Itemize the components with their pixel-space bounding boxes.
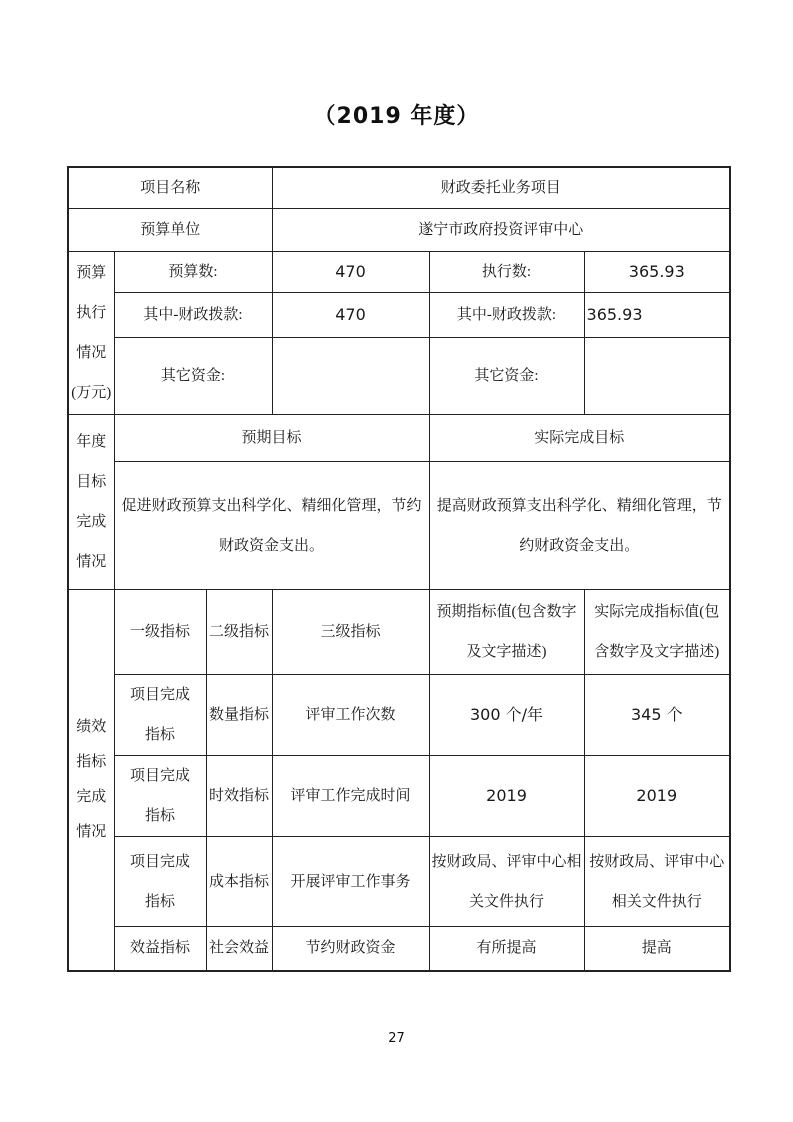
vertical-header-line: 完成 [69, 780, 114, 815]
table-row: 其中-财政拨款: 470 其中-财政拨款: 365.93 [68, 293, 730, 338]
table-row: 项目完成指标 时效指标 评审工作完成时间 2019 2019 [68, 756, 730, 837]
fiscal-allocation-budget-value: 470 [272, 293, 429, 338]
perf-row-level2: 社会效益 [206, 927, 272, 971]
perf-row-level3: 节约财政资金 [272, 927, 429, 971]
table-row: 效益指标 社会效益 节约财政资金 有所提高 提高 [68, 927, 730, 971]
table-row: 年度 目标 完成 情况 预期目标 实际完成目标 [68, 415, 730, 462]
vertical-header-line: 执行 [69, 293, 114, 333]
perf-row-level1: 效益指标 [114, 927, 206, 971]
perf-row-level1: 项目完成指标 [114, 675, 206, 756]
executed-amount-value: 365.93 [584, 252, 730, 293]
table-row: 绩效 指标 完成 情况 一级指标 二级指标 三级指标 预期指标值(包含数字及文字… [68, 590, 730, 675]
perf-row-level2: 数量指标 [206, 675, 272, 756]
vertical-header-line: 完成 [69, 502, 114, 542]
expected-goal-header: 预期目标 [114, 415, 429, 462]
budget-unit-value: 遂宁市政府投资评审中心 [272, 209, 730, 252]
document-title: （2019 年度） [0, 99, 793, 130]
budget-performance-table: 项目名称 财政委托业务项目 预算单位 遂宁市政府投资评审中心 预算 执行 情况 … [67, 166, 731, 972]
fiscal-allocation-executed-value: 365.93 [584, 293, 730, 338]
page-number: 27 [0, 1031, 793, 1046]
perf-row-level1: 项目完成指标 [114, 837, 206, 927]
fiscal-allocation-executed-label: 其中-财政拨款: [429, 293, 584, 338]
perf-row-expected: 有所提高 [429, 927, 584, 971]
perf-row-actual: 345 个 [584, 675, 730, 756]
other-funds-budget-label: 其它资金: [114, 338, 272, 415]
column-header-expected-value: 预期指标值(包含数字及文字描述) [429, 590, 584, 675]
perf-row-actual: 提高 [584, 927, 730, 971]
perf-row-expected: 300 个/年 [429, 675, 584, 756]
vertical-header-line: 情况 [69, 542, 114, 582]
table-row: 项目完成指标 数量指标 评审工作次数 300 个/年 345 个 [68, 675, 730, 756]
perf-row-level2: 成本指标 [206, 837, 272, 927]
column-header-actual-value: 实际完成指标值(包含数字及文字描述) [584, 590, 730, 675]
perf-row-expected: 2019 [429, 756, 584, 837]
perf-row-level3: 评审工作完成时间 [272, 756, 429, 837]
other-funds-executed-label: 其它资金: [429, 338, 584, 415]
fiscal-allocation-budget-label: 其中-财政拨款: [114, 293, 272, 338]
table-row: 项目完成指标 成本指标 开展评审工作事务 按财政局、评审中心相关文件执行 按财政… [68, 837, 730, 927]
column-header-level2: 二级指标 [206, 590, 272, 675]
budget-amount-label: 预算数: [114, 252, 272, 293]
actual-goal-text: 提高财政预算支出科学化、精细化管理，节约财政资金支出。 [429, 462, 730, 590]
perf-row-level2: 时效指标 [206, 756, 272, 837]
expected-goal-text: 促进财政预算支出科学化、精细化管理，节约财政资金支出。 [114, 462, 429, 590]
vertical-header-line: 年度 [69, 422, 114, 462]
perf-row-actual: 2019 [584, 756, 730, 837]
budget-execution-section-header: 预算 执行 情况 (万元) [68, 252, 114, 415]
perf-row-actual: 按财政局、评审中心相关文件执行 [584, 837, 730, 927]
annual-goal-section-header: 年度 目标 完成 情况 [68, 415, 114, 590]
vertical-header-line: 情况 [69, 333, 114, 373]
table-row: 预算 执行 情况 (万元) 预算数: 470 执行数: 365.93 [68, 252, 730, 293]
vertical-header-line: (万元) [69, 373, 114, 413]
executed-amount-label: 执行数: [429, 252, 584, 293]
table-row: 促进财政预算支出科学化、精细化管理，节约财政资金支出。 提高财政预算支出科学化、… [68, 462, 730, 590]
vertical-header-line: 绩效 [69, 710, 114, 745]
vertical-header-line: 情况 [69, 815, 114, 850]
perf-row-expected: 按财政局、评审中心相关文件执行 [429, 837, 584, 927]
other-funds-budget-value [272, 338, 429, 415]
perf-row-level3: 开展评审工作事务 [272, 837, 429, 927]
other-funds-executed-value [584, 338, 730, 415]
perf-row-level3: 评审工作次数 [272, 675, 429, 756]
perf-row-level1: 项目完成指标 [114, 756, 206, 837]
vertical-header-line: 指标 [69, 745, 114, 780]
budget-unit-label: 预算单位 [68, 209, 272, 252]
table-row: 项目名称 财政委托业务项目 [68, 167, 730, 209]
vertical-header-line: 目标 [69, 462, 114, 502]
column-header-level3: 三级指标 [272, 590, 429, 675]
table-row: 其它资金: 其它资金: [68, 338, 730, 415]
actual-goal-header: 实际完成目标 [429, 415, 730, 462]
vertical-header-line: 预算 [69, 253, 114, 293]
budget-amount-value: 470 [272, 252, 429, 293]
project-name-value: 财政委托业务项目 [272, 167, 730, 209]
project-name-label: 项目名称 [68, 167, 272, 209]
performance-section-header: 绩效 指标 完成 情况 [68, 590, 114, 971]
table-row: 预算单位 遂宁市政府投资评审中心 [68, 209, 730, 252]
column-header-level1: 一级指标 [114, 590, 206, 675]
